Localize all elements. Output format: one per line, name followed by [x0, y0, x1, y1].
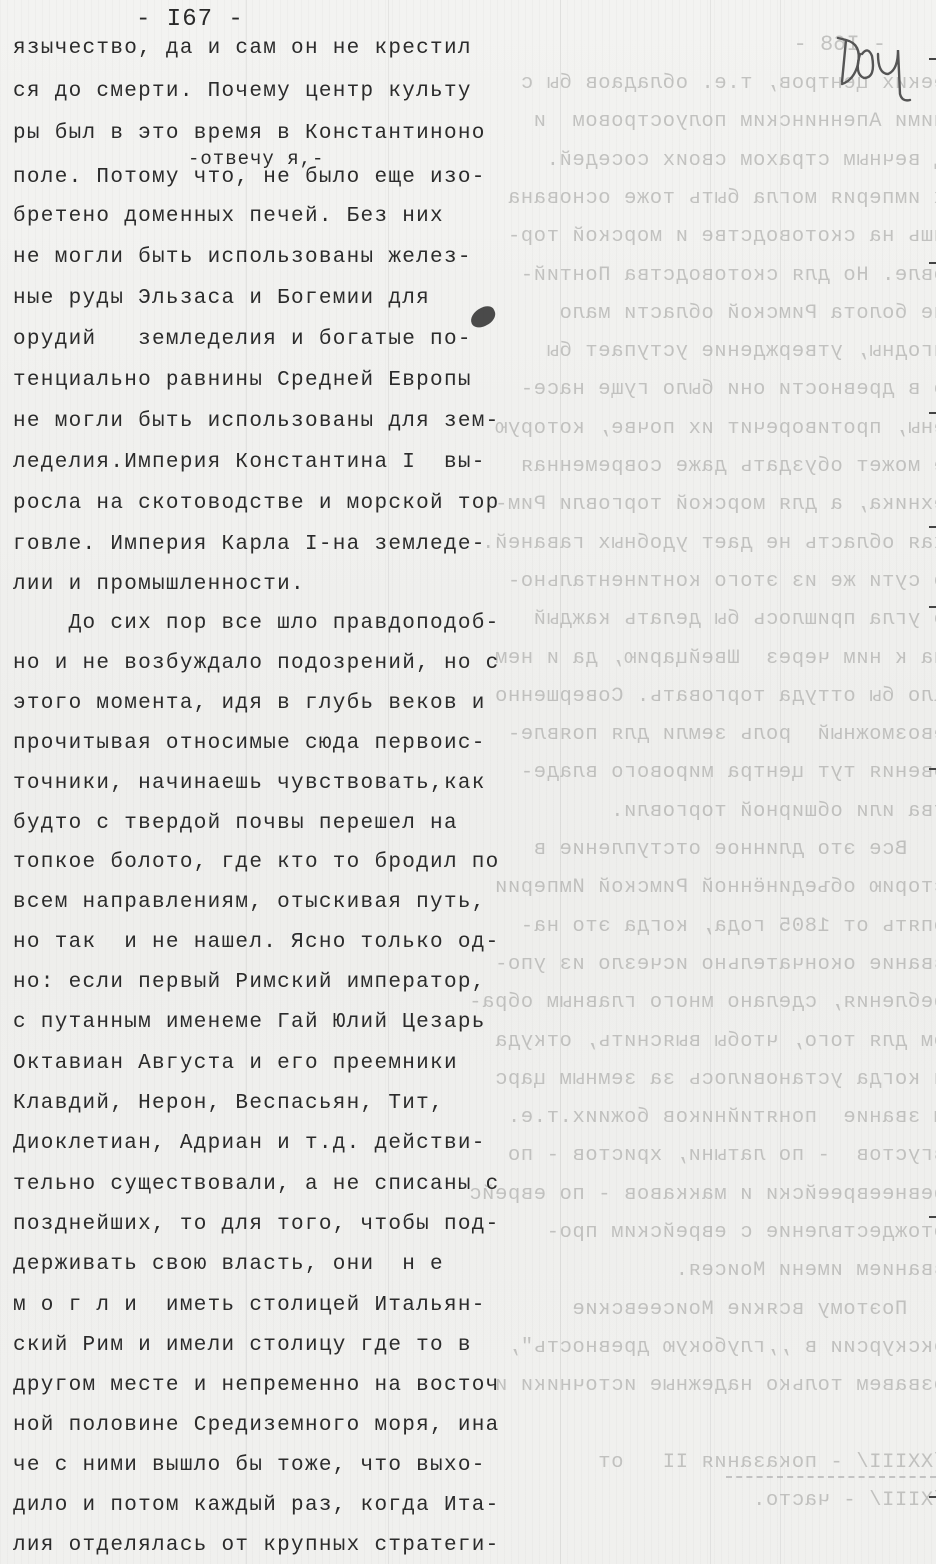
text-line: ной половине Средиземного моря, ина — [13, 1413, 500, 1439]
text-line: не могли быть использованы желез- — [13, 245, 472, 271]
text-line: росла на скотоводстве и морской тор — [13, 491, 500, 517]
text-line: точники, начинаешь чувствовать,как — [13, 771, 486, 797]
bleed-text-line: ены, противоречит их почве, которую — [494, 417, 936, 440]
bleed-text-line: ребления, сделано много главным обра- — [470, 991, 936, 1014]
bleed-text-line: о в древности они было гуще насе- — [520, 378, 936, 401]
bleed-text-line: о угла пришлось бы делать каждый — [533, 608, 936, 631]
margin-tick — [929, 262, 936, 264]
text-line: но так и не нашел. Ясно только од- — [13, 930, 500, 956]
bleed-text-line: ишь на скотоводстве и морской тор- — [507, 225, 936, 248]
text-line: тельно существовали, а не списаны с — [13, 1172, 500, 1198]
text-line: не могли быть использованы для зем- — [13, 409, 500, 435]
text-line: Октавиан Августа и его преемники — [13, 1051, 458, 1077]
text-line: держивать свою власть, они н е — [13, 1252, 444, 1278]
margin-tick — [929, 606, 936, 608]
bleed-text-line: д вечным страхом своих соседей. — [546, 149, 936, 172]
margin-tick — [929, 768, 936, 770]
bleed-text-line: о сути же из этого континентально- — [507, 570, 936, 593]
bleed-text-line: евозможный роль земли для появле- — [507, 723, 936, 746]
margin-tick — [929, 412, 936, 414]
bleed-text-line: /XXIII/ - показания II от — [598, 1451, 936, 1474]
bleed-text-line: м звание понятийников божиих.т.е. — [507, 1106, 936, 1129]
bleed-text-line: звание окончательно исчезло из упо- — [494, 953, 936, 976]
text-line: прочитывая относимые сюда первоис- — [13, 731, 486, 757]
text-line: леделия.Империя Константина I вы- — [13, 450, 486, 476]
bleed-text-line: /XIII/ - часто. — [752, 1489, 936, 1512]
text-line: Клавдий, Нерон, Веспасьян, Тит, — [13, 1091, 444, 1117]
bleed-text-line: ехника, а для морской торговли Рим- — [494, 493, 936, 516]
bleed-text-line: ними Апеннинским полуостровом и — [533, 110, 936, 133]
text-line: бретено доменных печей. Без них — [13, 204, 444, 230]
text-line: До сих пор все шло правдоподоб- — [13, 611, 500, 637]
text-line: но и не возбуждало подозрений, но с — [13, 651, 500, 677]
bleed-text-line: Поэтому всякие Моисеевские — [572, 1298, 936, 1321]
text-line: с путанным именеме Гай Юлий Цезарь — [13, 1010, 486, 1036]
bleed-text-line: е может обуздать даже современная — [520, 455, 936, 478]
bleed-text-line: овле. Но для скотоводства Понтий- — [520, 264, 936, 287]
bleed-text-line: озвавем только надежные источники и — [494, 1374, 936, 1397]
page-number: - I67 - — [136, 6, 244, 33]
text-line: орудий земледелия и богатые по- — [13, 327, 472, 353]
margin-tick — [929, 1216, 936, 1218]
text-line: топкое болото, где кто то бродил по — [13, 850, 500, 876]
bleed-text-line: тва или обширной торговли. — [611, 800, 936, 823]
handwritten-page-mark — [832, 34, 922, 102]
text-line: другом месте и непременно на восточ — [13, 1373, 500, 1399]
text-line: ные руды Эльзаса и Богемии для — [13, 286, 430, 312]
bleed-text-line: и когда установилось за земным царс — [494, 1068, 936, 1091]
bleed-text-line: игодны, утверждение уступает бы — [546, 340, 936, 363]
text-line: позднейших, то для того, чтобы под- — [13, 1212, 500, 1238]
bleed-text-line: ие болота Римской области мало — [559, 302, 936, 325]
bleed-through-page: - I68 - ееких центров, т.е. обладаов бы … — [470, 0, 936, 1564]
bleed-text-line: опять от 1805 года, когда это на- — [520, 915, 936, 938]
bleed-text-line: ом для того, чтобы выяснить, откуда — [494, 1030, 936, 1053]
text-line: ся до смерти. Почему центр культу — [13, 79, 472, 105]
text-line: лия отделялась от крупных стратеги- — [13, 1533, 500, 1559]
bleed-text-line: ревнеевреейски и маккавов - по еврейски, — [470, 1183, 936, 1206]
text-line: м о г л и иметь столицей Итальян- — [13, 1293, 486, 1319]
bleed-dashed-rule — [726, 1476, 936, 1478]
bleed-text-line: сторию объединённой Римской Империи — [494, 876, 936, 899]
bleed-text-line: отождествление с еврейским про- — [546, 1221, 936, 1244]
text-line: будто с твердой почвы перешел на — [13, 811, 458, 837]
margin-tick — [929, 1496, 936, 1498]
bleed-text-line: х империя могла быть тоже основана — [507, 187, 936, 210]
text-line: язычество, да и сам он не крестил — [13, 36, 472, 62]
text-line: дило и потом каждый раз, когда Ита- — [13, 1493, 500, 1519]
text-line: но: если первый Римский император, — [13, 970, 486, 996]
margin-tick — [929, 526, 936, 528]
bleed-text-line: званием имени Моисея. — [675, 1259, 936, 1282]
text-line: че с ними вышло бы тоже, что выхо- — [13, 1453, 486, 1479]
margin-tick — [929, 58, 936, 60]
bleed-text-line: овения тут центра мирового владе- — [520, 761, 936, 784]
text-line: поле. Потому что, не было еще изо- — [13, 165, 486, 191]
bleed-text-line: кая область не дает удобных гаваней. — [482, 532, 936, 555]
bleed-text-line: вгустов - по латыни, христов - по — [507, 1144, 936, 1167]
bleed-text-line: ла к ним через Швейцарию, да и нем — [494, 647, 936, 670]
text-line: лии и промышленности. — [13, 572, 305, 598]
bleed-text-line: ало бы оттуда торговать. Совершенно — [494, 685, 936, 708]
text-line: ский Рим и имели столицу где то в — [13, 1333, 472, 1359]
text-line: этого момента, идя в глубь веков и — [13, 691, 486, 717]
bleed-text-line: экскурсии в ,,глубокую древность", — [507, 1336, 936, 1359]
text-line: ры был в это время в Константиноно — [13, 121, 486, 147]
text-line: тенциально равнины Средней Европы — [13, 368, 472, 394]
bleed-text-line: Все это длинное отступление в — [533, 838, 936, 861]
text-line: всем направлениям, отыскивая путь, — [13, 890, 486, 916]
text-line: Диоклетиан, Адриан и т.д. действи- — [13, 1131, 486, 1157]
text-line: говле. Империя Карла I-на земледе- — [13, 532, 486, 558]
